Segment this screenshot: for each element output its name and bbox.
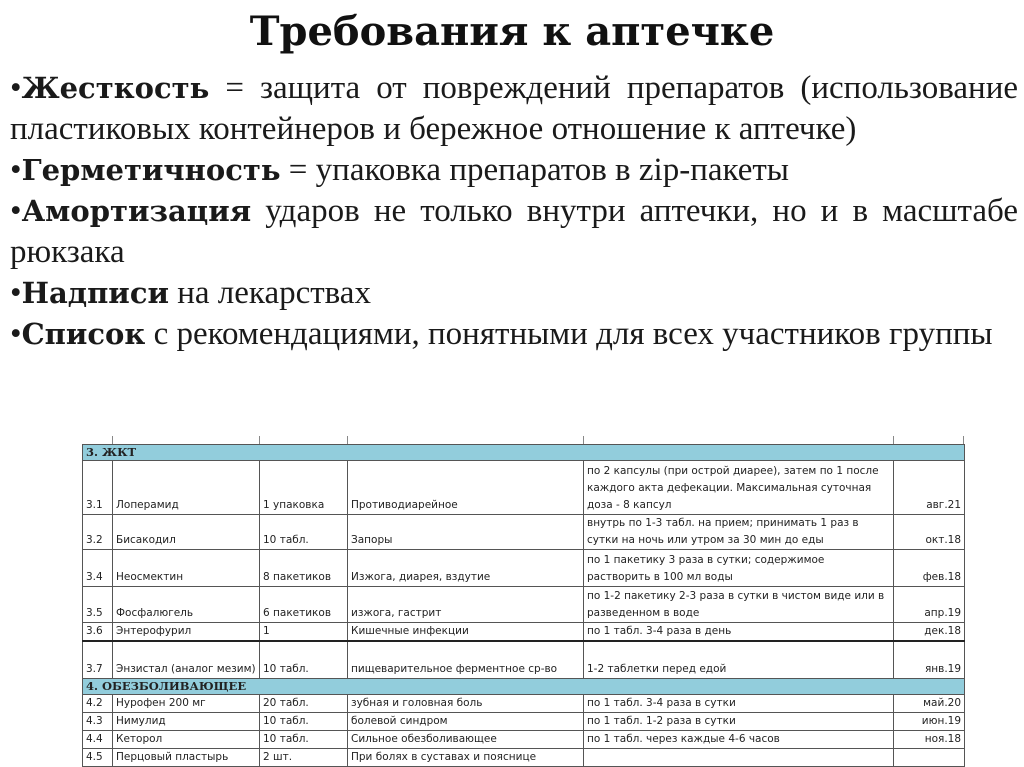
cell-name: Лоперамид [113,461,260,515]
cell-purpose: Сильное обезболивающее [348,731,584,749]
cell-num: 4.3 [83,713,113,731]
bullet-keyword: Список [22,317,146,351]
table-section-header: 4. ОБЕЗБОЛИВАЮЩЕЕ [83,679,965,695]
cell-expiry: окт.18 [894,515,965,550]
cell-qty: 2 шт. [260,749,348,767]
section-title: 3. ЖКТ [83,445,965,461]
cell-name: Нурофен 200 мг [113,695,260,713]
cell-dosage: по 1-2 пакетику 2-3 раза в сутки в чисто… [584,587,894,623]
cell-purpose: Изжога, диарея, вздутие [348,550,584,587]
cell-dosage [584,749,894,767]
bullet-list: •Жесткость = защита от повреждений препа… [10,68,1018,355]
table-row: 3.4Неосмектин8 пакетиковИзжога, диарея, … [83,550,965,587]
cell-qty: 10 табл. [260,731,348,749]
cell-purpose: При болях в суставах и пояснице [348,749,584,767]
cell-name: Кеторол [113,731,260,749]
cell-name: Бисакодил [113,515,260,550]
cell-expiry: май.20 [894,695,965,713]
cell-num: 3.7 [83,641,113,679]
cell-num: 3.5 [83,587,113,623]
cell-qty: 20 табл. [260,695,348,713]
cell-dosage: по 1 табл. 3-4 раза в день [584,623,894,642]
bullet-text: с рекомендациями, понятными для всех уча… [145,316,992,352]
cell-name: Энзистал (аналог мезим) [113,641,260,679]
cell-name: Неосмектин [113,550,260,587]
table-row: 3.5Фосфалюгель6 пакетиковизжога, гастрит… [83,587,965,623]
bullet-text: = упаковка препаратов в zip-пакеты [281,152,789,188]
cell-expiry: янв.19 [894,641,965,679]
cell-expiry: дек.18 [894,623,965,642]
cell-name: Фосфалюгель [113,587,260,623]
cell-dosage: по 1 табл. через каждые 4-6 часов [584,731,894,749]
table-row: 3.1Лоперамид1 упаковкаПротиводиарейноепо… [83,461,965,515]
table-row: 4.2Нурофен 200 мг20 табл.зубная и головн… [83,695,965,713]
table-row: 3.7Энзистал (аналог мезим)10 табл.пищева… [83,641,965,679]
table-row: 4.4Кеторол10 табл.Сильное обезболивающее… [83,731,965,749]
table-cropped-gridlines [82,436,964,444]
cell-qty: 8 пакетиков [260,550,348,587]
cell-purpose: пищеварительное ферментное ср-во [348,641,584,679]
cell-dosage: по 2 капсулы (при острой диарее), затем … [584,461,894,515]
bullet-item-hermeticity: •Герметичность = упаковка препаратов в z… [10,150,1018,191]
cell-num: 4.4 [83,731,113,749]
bullet-keyword: Герметичность [22,153,281,187]
cell-expiry: фев.18 [894,550,965,587]
cell-expiry: авг.21 [894,461,965,515]
cell-qty: 1 упаковка [260,461,348,515]
medicine-table: 3. ЖКТ3.1Лоперамид1 упаковкаПротиводиаре… [82,444,964,767]
cell-purpose: изжога, гастрит [348,587,584,623]
cell-qty: 10 табл. [260,641,348,679]
cell-expiry: ноя.18 [894,731,965,749]
cell-dosage: внутрь по 1-3 табл. на прием; принимать … [584,515,894,550]
cell-qty: 10 табл. [260,713,348,731]
cell-num: 3.6 [83,623,113,642]
cell-purpose: Запоры [348,515,584,550]
cell-num: 4.5 [83,749,113,767]
cell-num: 3.4 [83,550,113,587]
cell-purpose: зубная и головная боль [348,695,584,713]
cell-qty: 6 пакетиков [260,587,348,623]
cell-purpose: Противодиарейное [348,461,584,515]
cell-expiry: апр.19 [894,587,965,623]
bullet-keyword: Амортизация [22,194,252,228]
cell-dosage: по 1 табл. 3-4 раза в сутки [584,695,894,713]
cell-qty: 10 табл. [260,515,348,550]
cell-num: 4.2 [83,695,113,713]
cell-dosage: 1-2 таблетки перед едой [584,641,894,679]
cell-name: Энтерофурил [113,623,260,642]
cell-dosage: по 1 табл. 1-2 раза в сутки [584,713,894,731]
bullet-item-list: •Список с рекомендациями, понятными для … [10,314,1018,355]
cell-num: 3.1 [83,461,113,515]
cell-num: 3.2 [83,515,113,550]
cell-expiry: июн.19 [894,713,965,731]
bullet-keyword: Надписи [22,276,169,310]
cell-qty: 1 [260,623,348,642]
cell-expiry [894,749,965,767]
bullet-item-shock-absorption: •Амортизация ударов не только внутри апт… [10,191,1018,273]
cell-purpose: болевой синдром [348,713,584,731]
bullet-item-rigidity: •Жесткость = защита от повреждений препа… [10,68,1018,150]
bullet-item-labels: •Надписи на лекарствах [10,273,1018,314]
cell-name: Нимулид [113,713,260,731]
cell-name: Перцовый пластырь [113,749,260,767]
bullet-keyword: Жесткость [22,71,210,105]
bullet-text: на лекарствах [169,275,371,311]
medicine-table-grid: 3. ЖКТ3.1Лоперамид1 упаковкаПротиводиаре… [82,444,965,767]
slide-title: Требования к аптечке [0,8,1024,55]
table-row: 4.3Нимулид10 табл.болевой синдромпо 1 та… [83,713,965,731]
cell-dosage: по 1 пакетику 3 раза в сутки; содержимое… [584,550,894,587]
cell-purpose: Кишечные инфекции [348,623,584,642]
table-row: 3.6Энтерофурил1Кишечные инфекциипо 1 таб… [83,623,965,642]
table-section-header: 3. ЖКТ [83,445,965,461]
table-row: 3.2Бисакодил10 табл.Запорывнутрь по 1-3 … [83,515,965,550]
table-row: 4.5Перцовый пластырь2 шт.При болях в сус… [83,749,965,767]
section-title: 4. ОБЕЗБОЛИВАЮЩЕЕ [83,679,965,695]
